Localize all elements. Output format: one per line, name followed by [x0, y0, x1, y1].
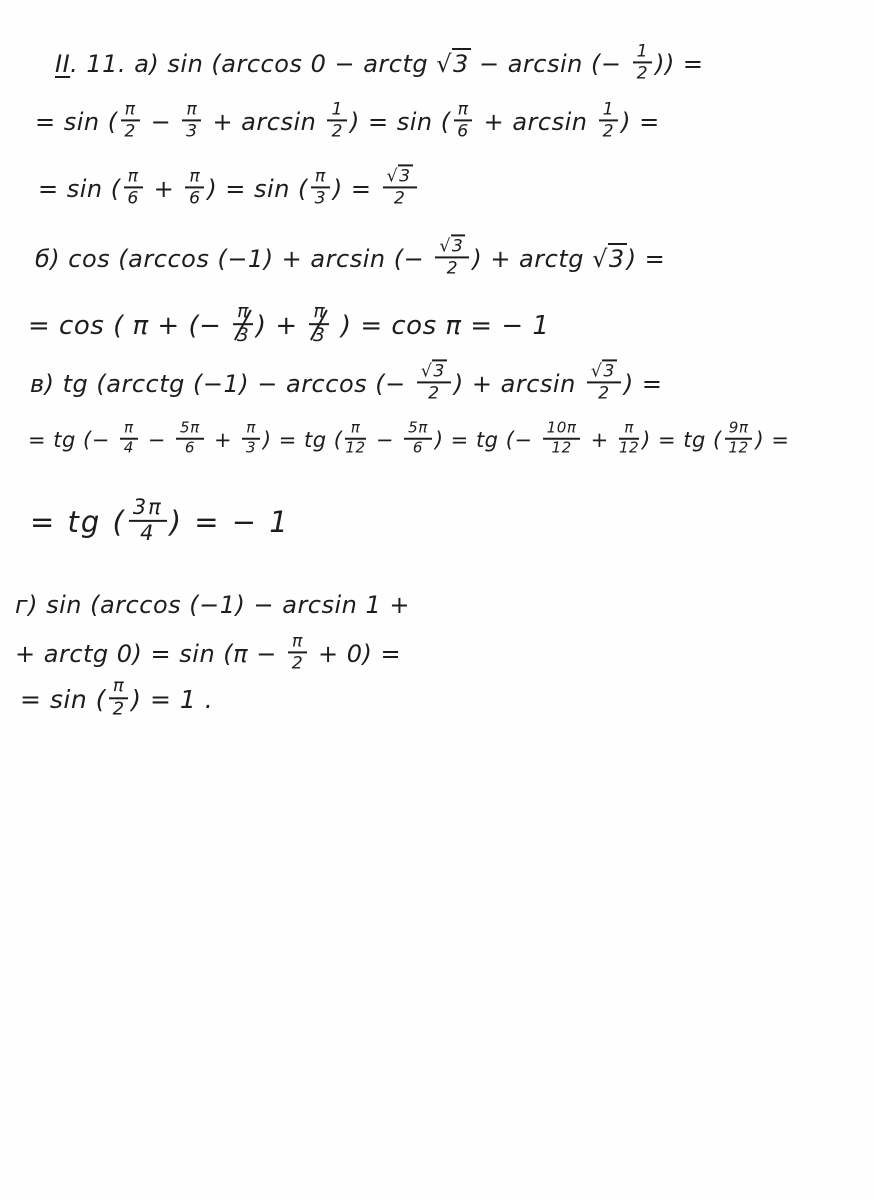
fraction: 12: [633, 42, 653, 82]
math-line-a-problem: II. 11. a) sin (arccos 0 − arctg √3 − ar…: [55, 45, 704, 85]
math-line-a-step-1: = sin (π2 − π3 + arcsin 12) = sin (π6 + …: [35, 103, 660, 143]
fraction: 12: [327, 100, 347, 140]
scanned-worksheet-page: II. 11. a) sin (arccos 0 − arctg √3 − ar…: [0, 0, 874, 1200]
fraction: π6: [454, 100, 473, 140]
fraction: 3π4: [129, 497, 167, 545]
sqrt-radical: √3: [387, 164, 413, 186]
fraction: π12: [345, 421, 365, 457]
sqrt-radical: √3: [421, 359, 447, 381]
sqrt-radical: √3: [436, 48, 471, 78]
fraction: √32: [435, 237, 469, 277]
fraction: 5π6: [404, 421, 432, 457]
math-line-g-step-1: + arctg 0) = sin (π − π2 + 0) =: [15, 635, 401, 675]
math-line-g-result: = sin (π2) = 1 .: [20, 680, 213, 722]
sqrt-radical: √3: [591, 359, 617, 381]
fraction: π2: [121, 100, 140, 140]
math-line-v-step-1: = tg (− π4 − 5π6 + π3) = tg (π12 − 5π6) …: [28, 423, 789, 459]
math-line-v-problem: в) tg (arcctg (−1) − arccos (− √32) + ar…: [30, 365, 663, 405]
fraction-cancelled: π3: [233, 302, 253, 345]
math-line-a-result: = sin (π6 + π6) = sin (π3) = √32: [38, 170, 420, 210]
fraction: √32: [587, 362, 621, 402]
sqrt-radical: √3: [592, 243, 627, 273]
underlined-numeral: II: [55, 50, 70, 78]
fraction: π2: [109, 677, 128, 719]
fraction: π6: [124, 167, 143, 207]
sqrt-radical: √3: [439, 234, 465, 256]
fraction: √32: [383, 167, 417, 207]
fraction: 12: [599, 100, 619, 140]
math-line-b-problem: б) cos (arccos (−1) + arcsin (− √32) + a…: [35, 240, 665, 280]
fraction: π12: [619, 421, 639, 457]
math-line-g-problem: г) sin (arccos (−1) − arcsin 1 +: [15, 592, 410, 620]
math-line-v-result: = tg (3π4) = − 1: [30, 500, 290, 548]
fraction: π6: [185, 167, 204, 207]
fraction: 10π12: [543, 421, 581, 457]
fraction: π4: [120, 421, 138, 457]
math-line-b-result: = cos ( π + (− π3) + π3 ) = cos π = − 1: [28, 305, 549, 348]
fraction: π3: [311, 167, 330, 207]
fraction: π3: [242, 421, 260, 457]
fraction: π3: [182, 100, 201, 140]
fraction: π2: [288, 632, 307, 672]
fraction: 5π6: [176, 421, 204, 457]
fraction: √32: [417, 362, 451, 402]
fraction: 9π12: [725, 421, 753, 457]
fraction-cancelled: π3: [309, 302, 329, 345]
